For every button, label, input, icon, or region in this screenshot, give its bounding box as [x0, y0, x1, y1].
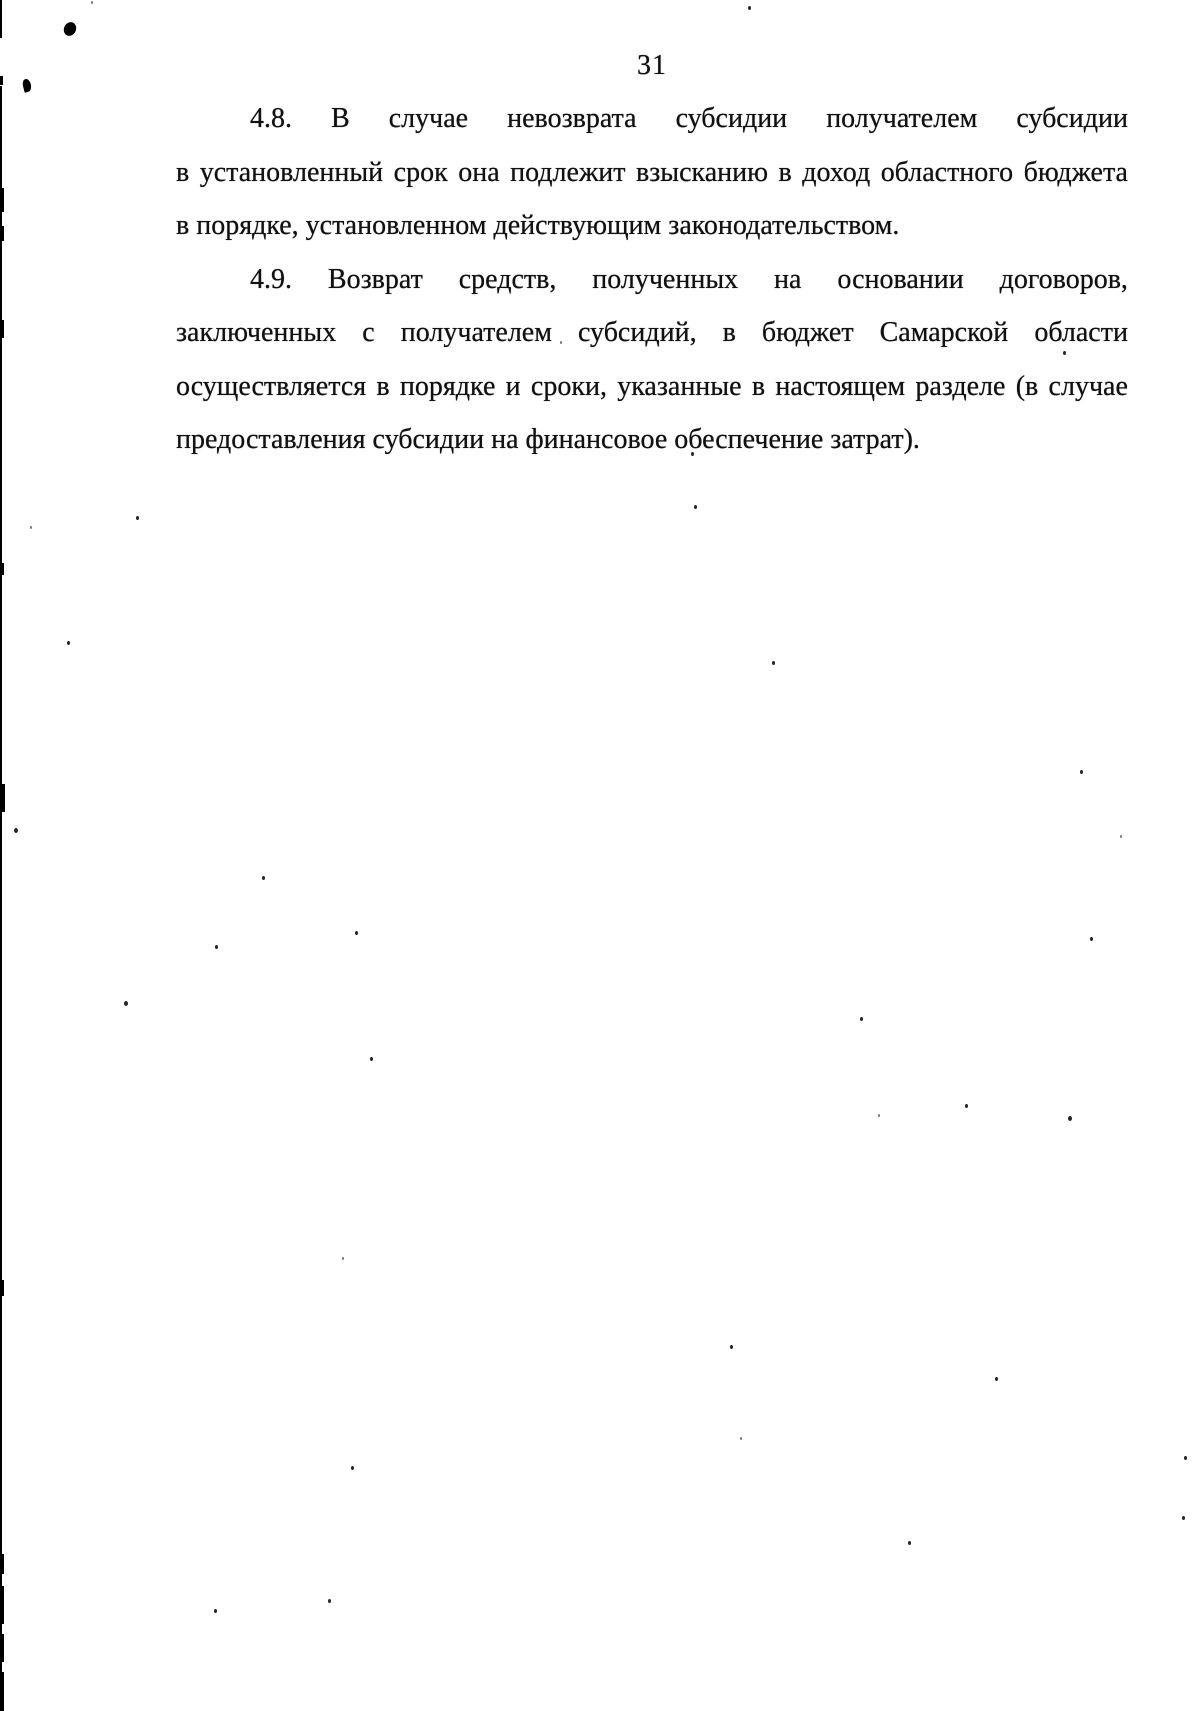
word: установленный [200, 146, 383, 200]
document-body: 4.8.Вслучаеневозвратасубсидииполучателем… [176, 92, 1128, 467]
word: субсидии [1016, 92, 1128, 146]
scan-speck [91, 1, 93, 4]
word: заключенных [176, 306, 336, 360]
page-edge-line [0, 1634, 4, 1662]
text-line: заключенныхсполучателемсубсидий,вбюджетС… [176, 306, 1128, 360]
paragraph-4-9: 4.9.Возвратсредств,полученныхнаосновании… [176, 253, 1128, 467]
word: невозврата [507, 92, 636, 146]
scan-speck [694, 505, 697, 509]
scan-speck [342, 1257, 344, 1260]
scan-speck [878, 1114, 880, 1117]
page-edge-line [0, 76, 3, 85]
word: субсидии [676, 92, 788, 146]
scan-speck [860, 1017, 863, 1021]
word: случае [389, 92, 468, 146]
page-edge-line [0, 188, 4, 212]
comma-mark [22, 78, 33, 93]
page-edge-line [0, 1554, 4, 1574]
word: получателем [401, 306, 552, 360]
word: подлежит [510, 146, 625, 200]
page-edge-line [0, 226, 4, 241]
word: Самарской [880, 306, 1009, 360]
scan-speck [1184, 1456, 1187, 1460]
word: области [1034, 306, 1128, 360]
word: настоящем [775, 360, 905, 414]
text-line: предоставления субсидии на финансовое об… [176, 413, 1128, 467]
scan-speck [965, 1104, 968, 1108]
word: в [779, 146, 792, 200]
word: случае [1049, 360, 1128, 414]
paragraph-4-8: 4.8.Вслучаеневозвратасубсидииполучателем… [176, 92, 1128, 253]
word: В [331, 92, 350, 146]
text-line: осуществляетсявпорядкеисроки,указанныевн… [176, 360, 1128, 414]
text-line: в порядке, установленном действующим зак… [176, 199, 1128, 253]
word: бюджет [762, 306, 854, 360]
scan-speck [1068, 1116, 1072, 1121]
scan-speck [740, 1437, 742, 1440]
ink-dot [62, 20, 79, 38]
word: Возврат [328, 253, 423, 307]
page-edge-line [0, 1586, 4, 1624]
word: областного [881, 146, 1013, 200]
scan-speck [908, 1541, 911, 1545]
text-line: 4.8.Вслучаеневозвратасубсидииполучателем… [176, 92, 1128, 146]
scan-speck [1063, 351, 1066, 355]
scan-speck [124, 1001, 128, 1006]
word: основании [837, 253, 963, 307]
scan-speck [691, 452, 694, 456]
word: она [458, 146, 499, 200]
page-edge-line [0, 563, 4, 575]
word: и [506, 360, 521, 414]
scan-speck [1080, 770, 1083, 774]
page-edge-line [0, 320, 4, 338]
page-number: 31 [176, 52, 1128, 80]
word: средств, [459, 253, 557, 307]
page-edge-line [0, 1280, 4, 1296]
word: 4.9. [250, 253, 292, 307]
text-line: 4.9.Возвратсредств,полученныхнаосновании… [176, 253, 1128, 307]
word: срок [394, 146, 448, 200]
word: в [376, 360, 389, 414]
scan-speck [328, 1599, 331, 1603]
scan-speck [14, 828, 18, 833]
word: осуществляется [176, 360, 366, 414]
page-edge-line [0, 1672, 4, 1711]
word: указанные [617, 360, 741, 414]
scan-speck [214, 1609, 217, 1613]
scan-speck [351, 1466, 354, 1470]
scan-speck [262, 876, 265, 880]
word: порядке [400, 360, 495, 414]
scan-speck [1120, 835, 1122, 838]
word: сроки, [531, 360, 607, 414]
word: на [774, 253, 801, 307]
word: договоров, [1000, 253, 1128, 307]
word: в [752, 360, 765, 414]
scan-speck [995, 1377, 998, 1381]
page-edge-line [0, 784, 5, 812]
scan-speck [67, 641, 70, 645]
word: субсидий, [578, 306, 697, 360]
word: взысканию [636, 146, 768, 200]
word: разделе [915, 360, 1005, 414]
word: в [723, 306, 736, 360]
scan-speck [748, 6, 751, 10]
scan-speck [730, 1345, 733, 1349]
scan-speck [30, 526, 32, 529]
word: (в [1016, 360, 1039, 414]
scan-speck [370, 1057, 373, 1061]
word: в [176, 146, 189, 200]
word: с [362, 306, 374, 360]
scan-speck [772, 661, 775, 665]
word: бюджета [1024, 146, 1128, 200]
scan-speck [136, 516, 139, 520]
scan-speck [215, 945, 218, 949]
scan-speck [560, 341, 562, 344]
scan-speck [1090, 937, 1093, 941]
scan-speck [355, 931, 358, 935]
word: полученных [592, 253, 738, 307]
word: получателем [826, 92, 977, 146]
page-edge-line [0, 0, 2, 38]
text-line: вустановленныйсроконаподлежитвзысканиювд… [176, 146, 1128, 200]
word: 4.8. [250, 92, 292, 146]
word: доход [802, 146, 870, 200]
scan-speck [1182, 1516, 1185, 1520]
